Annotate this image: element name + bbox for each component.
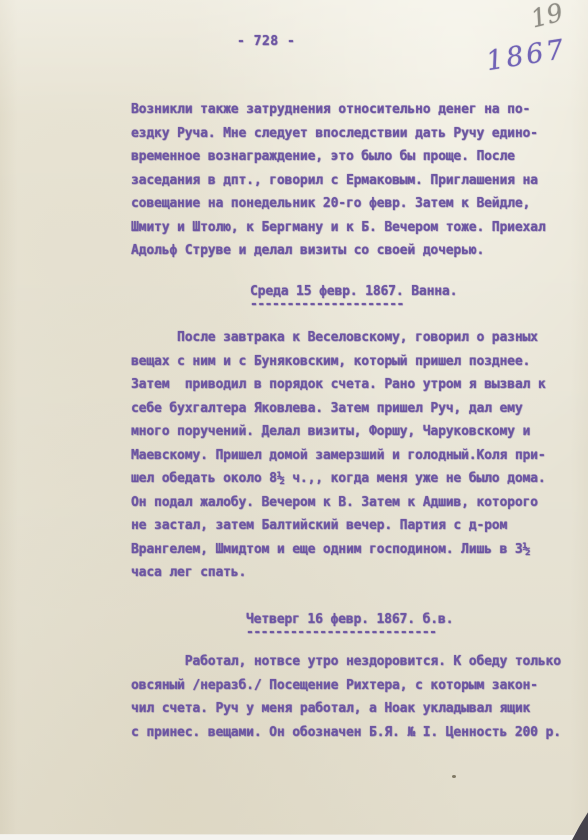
text-line: чил счета. Руч у меня работал, а Ноак ук… [131,697,561,721]
text-line: ездку Руча. Мне следует впоследствии дат… [131,122,546,146]
text-line: временное вознаграждение, это было бы пр… [131,145,546,169]
pencil-folio-number: 19 [528,0,566,33]
text-line: часа лег спать. [131,561,546,585]
text-line: овсяный /неразб./ Посещение Рихтера, с к… [131,674,561,698]
text-line: много поручений. Делал визиты, Форшу, Ча… [131,420,546,444]
text-line: Маевскому. Пришел домой замерзший и голо… [131,444,546,468]
text-line: не застал, затем Балтийский вечер. Парти… [131,514,546,538]
text-line: вещах с ним и с Буняковским, который при… [131,350,546,374]
scanned-page: - 728 - 19 1867 Возникли также затруднен… [0,0,588,840]
text-line: После завтрака к Веселовскому, говорил о… [131,326,546,350]
text-line: Работал, нотвсе утро нездоровится. К обе… [131,650,561,674]
handwritten-year: 1867 [484,34,569,77]
text-line: Затем приводил в порядок счета. Рано утр… [131,373,546,397]
text-line: Шмиту и Штолю, к Бергману и к Б. Вечером… [131,216,546,240]
text-line: с принес. вещами. Он обозначен Б.Я. № I.… [131,721,561,745]
ink-speck [452,775,456,778]
heading-underline: -------------------------- [246,628,453,638]
paper-sheet: - 728 - 19 1867 Возникли также затруднен… [0,0,588,840]
text-line: шел обедать около 8½ ч.,, когда меня уже… [131,467,546,491]
entry-heading: Среда 15 февр. 1867. Ванна.-------------… [250,284,457,310]
paragraph: Возникли также затруднения относительно … [131,98,546,263]
heading-underline: --------------------- [250,300,457,310]
text-line: Врангелем, Шмидтом и еще одним господино… [131,538,546,562]
text-line: совещание на понедельник 20-го февр. Зат… [131,192,546,216]
text-line: Он подал жалобу. Вечером к В. Затем к Ад… [131,491,546,515]
text-line: себе бухгалтера Яковлева. Затем пришел Р… [131,397,546,421]
text-line: Адольф Струве и делал визиты со своей до… [131,239,546,263]
text-line: заседания в дпт., говорил с Ермаковым. П… [131,169,546,193]
text-line: Возникли также затруднения относительно … [131,98,546,122]
entry-heading: Четверг 16 февр. 1867. б.в.-------------… [246,612,453,638]
paragraph: Работал, нотвсе утро нездоровится. К обе… [131,650,561,744]
paragraph: После завтрака к Веселовскому, говорил о… [131,326,546,585]
page-number: - 728 - [237,34,295,49]
